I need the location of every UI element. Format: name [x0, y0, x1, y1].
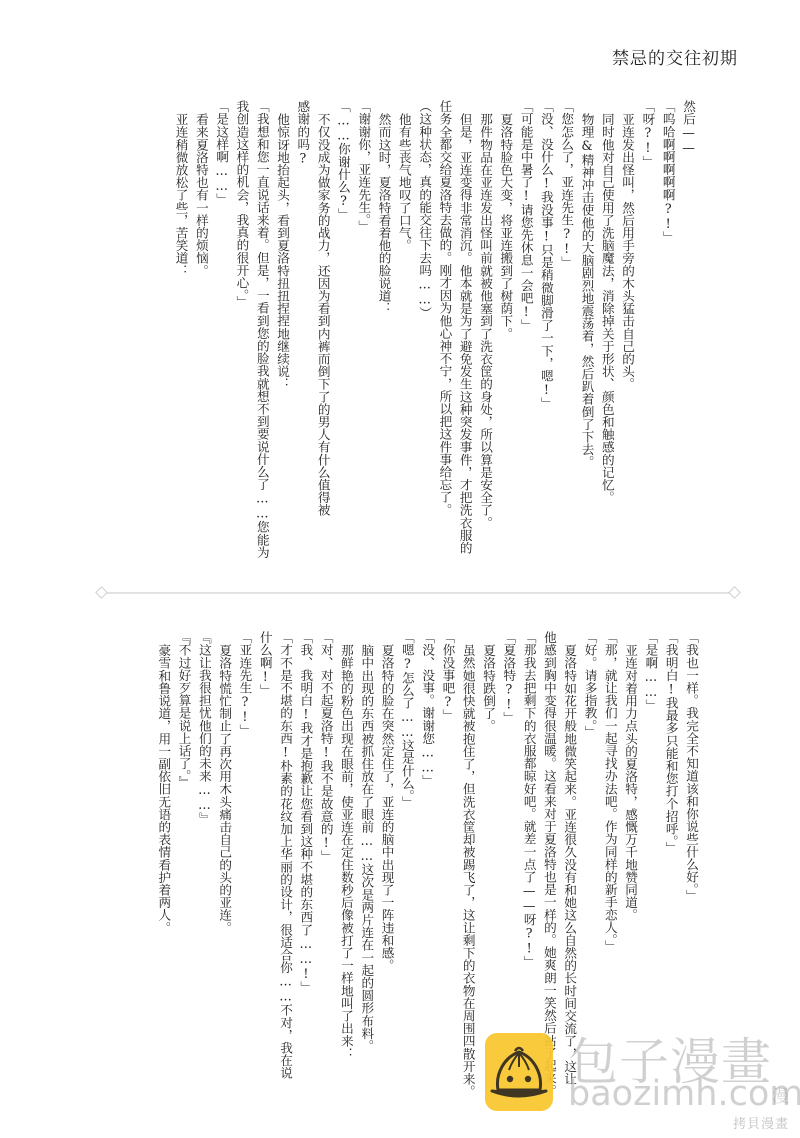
dialogue-column: 「呀?!」 — [637, 100, 657, 570]
chapter-title: 禁忌的交往初期 — [612, 44, 738, 69]
thought-column: （这种状态，真的能交往下去吗……） — [414, 100, 434, 570]
section-divider — [104, 592, 732, 594]
text-column: 同时他对自己使用了洗脑魔法，消除掉关于形状、颜色和触感的记忆。 — [597, 100, 617, 570]
text-column: 他有些丧气地叹了口气。 — [394, 100, 414, 570]
text-column: 任务全都交给夏洛特去做的。刚才因为他心神不宁，所以把这件事给忘了。 — [434, 100, 454, 570]
text-column: 豪雪和鲁说道，用一副依旧无语的表情看护着两人。 — [153, 631, 173, 1101]
dialogue-column: 「嗯?怎么了……这是什么。」 — [397, 631, 417, 1101]
steamed-bun-icon — [485, 1033, 553, 1111]
dialogue-column: 「谢谢你，亚连先生。」 — [353, 100, 373, 570]
dialogue-column: 「我、我明白!我才是抱歉让您看到这种不堪的东西了……!」 — [295, 631, 315, 1101]
text-column: 看来夏洛特也有一样的烦恼。 — [191, 100, 211, 570]
dialogue-column: 「才不是不堪的东西!朴素的花纹加上华丽的设计，很适合你……不对，我在说 — [275, 631, 295, 1101]
dialogue-column: 「您怎么了，亚连先生?!」 — [556, 100, 576, 570]
diamond-ornament-icon — [728, 586, 741, 599]
dialogue-column: 『不过好歹算是说上话了。』 — [173, 631, 193, 1101]
dialogue-column: 「你没事吧?」 — [437, 631, 457, 1101]
text-column: 脑中出现的东西被抓住放在了眼前……这次是两片连在一起的圆形布料。 — [356, 631, 376, 1101]
dialogue-column: 「夏洛特?!」 — [498, 631, 518, 1101]
dialogue-column: 「对、对不起夏洛特!我不是故意的!」 — [315, 631, 335, 1101]
text-column: 那件物品在亚连发出怪叫前就被他塞到了洗衣筐的身处，所以算是安全了。 — [475, 100, 495, 570]
dialogue-column: 「亚连先生?!」 — [234, 631, 254, 1101]
dialogue-column: 『这让我很担忧他们的未来……』 — [194, 631, 214, 1101]
top-text-section: 然后—— 「呜哈啊啊啊啊啊?!」 「呀?!」 亚连发出怪叫，然后用手旁的木头猛击… — [170, 100, 698, 570]
watermark-secondary-char: 漫 — [772, 1082, 789, 1107]
text-column: 夏洛特的脸在突然定住了，亚连的脑中出现了一阵违和感。 — [376, 631, 396, 1101]
text-column: 但是，亚连变得非常消沉。他本就是为了避免发生这种突发事件，才把洗衣服的 — [454, 100, 474, 570]
text-column: 亚连发出怪叫，然后用手旁的木头猛击自己的头。 — [617, 100, 637, 570]
text-column: 然而这时，夏洛特看着他的脸说道： — [373, 100, 393, 570]
text-column: 虽然她很快就被抱住了，但洗衣筐却被踢飞了，这让剩下的衣物在周围四散开来。 — [457, 631, 477, 1101]
dialogue-column: 「那我去把剩下的衣服都晾好吧。就差一点了——呀?!」 — [518, 631, 538, 1101]
text-column: 不仅没成为做家务的战力，还因为看到内裤而倒下了的男人有什么值得被 — [312, 100, 332, 570]
text-column: 夏洛特脸色大变，将亚连搬到了树荫下。 — [495, 100, 515, 570]
text-column: 那鲜艳的粉色出现在眼前，使亚连在定住数秒后像被打了一样地叫了出来： — [336, 631, 356, 1101]
dialogue-column: 「呜哈啊啊啊啊啊?!」 — [657, 100, 677, 570]
dialogue-column: 「没、没事。谢谢您……」 — [417, 631, 437, 1101]
dialogue-column: 什么啊!」 — [254, 631, 274, 1101]
text-column: 夏洛特慌忙制止了再次用木头痛击自己的头的亚连。 — [214, 631, 234, 1101]
text-column: 然后—— — [678, 100, 698, 570]
diamond-ornament-icon — [95, 586, 108, 599]
dialogue-column: 我创造这样的机会，我真的很开心。」 — [231, 100, 251, 570]
watermark-secondary-text: 拷貝漫畫 — [733, 1113, 789, 1132]
dialogue-column: 「……你谢什么?」 — [333, 100, 353, 570]
text-column: 他感到胸中变得很温暖。这看来对于夏洛特也是一样的。她爽朗一笑然后站了起来。 — [539, 631, 559, 1101]
dialogue-column: 「没、没什么!我没事!只是稍微脚滑了一下，嗯!」 — [536, 100, 556, 570]
text-column: 他惊讶地抬起头，看到夏洛特扭扭捏捏地继续说： — [272, 100, 292, 570]
dialogue-column: 「是这样啊……」 — [211, 100, 231, 570]
text-column: 物理&精神冲击使他的大脑剧烈地震荡着，然后趴着倒了下去。 — [576, 100, 596, 570]
dialogue-column: 「我想和您一直说话来着。但是，一看到您的脸我就想不到要说什么了……您能为 — [251, 100, 271, 570]
text-column: 夏洛特跌倒了。 — [478, 631, 498, 1101]
watermark-url-text: baozimh.com — [568, 1074, 800, 1114]
dialogue-column: 「可能是中暑了!请您先休息一会吧!」 — [515, 100, 535, 570]
text-column: 感谢的吗? — [292, 100, 312, 570]
text-column: 亚连稍微放松了些，苦笑道： — [170, 100, 190, 570]
